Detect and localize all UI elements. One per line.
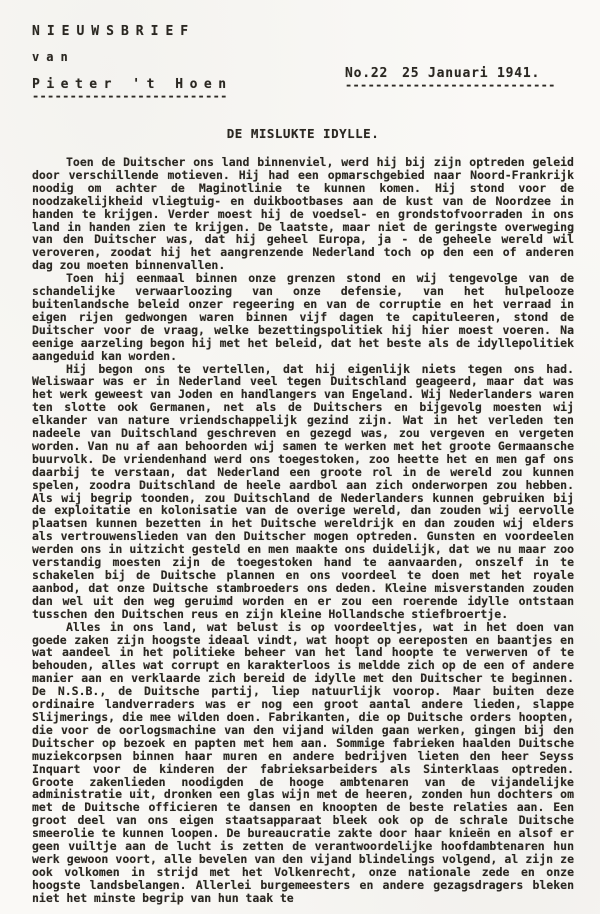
newsletter-page: NIEUWSBRIEF van Pieter 't Hoen ---------… — [0, 0, 600, 914]
paragraph-2: Toen hij eenmaal binnen onze grenzen sto… — [32, 272, 574, 362]
paragraph-3: Hij begon ons te vertellen, dat hij eige… — [32, 363, 574, 621]
paragraph-4: Alles in ons land, wat belust is op voor… — [32, 621, 574, 905]
masthead-underline: -------------------------- — [32, 92, 574, 101]
issue-block: No.2225 Januari 1941. ------------------… — [345, 66, 575, 90]
newsletter-title: NIEUWSBRIEF — [32, 24, 574, 39]
article-title: DE MISLUKTE IDYLLE. — [32, 126, 574, 141]
article-body: Toen de Duitscher ons land binnenviel, w… — [32, 156, 574, 905]
masthead-from-label: van — [32, 50, 574, 64]
paragraph-1: Toen de Duitscher ons land binnenviel, w… — [32, 156, 574, 272]
issue-underline: ---------------------------- — [345, 81, 575, 90]
